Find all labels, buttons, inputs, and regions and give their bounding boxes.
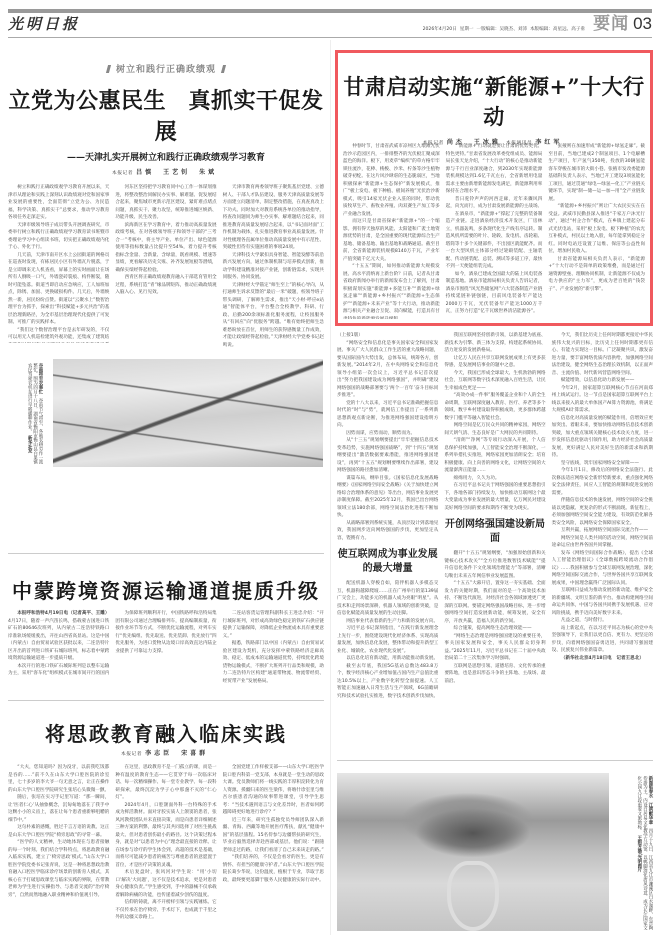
- paragraph: 因势而谋，应势而动，顺势而为。: [337, 430, 438, 438]
- photo-farm: 谷雨将至农事忙 谷雨节气将至，各地农耕劳作一派繁忙。图为四月十八日，湖南省衡阳市…: [8, 359, 324, 472]
- article-body: 仲春时节，甘肃省武威市凉州区九墩滩光伏治沙示范园区内，一排排整齐的光伏板汇聚成深…: [343, 143, 645, 319]
- caption-title: 谷雨将至农事忙: [38, 363, 43, 394]
- paragraph: 伴随信息技术的快速发展，网络空间的安全挑战以更隐蔽、更复杂的形式不断涌现。新征程…: [552, 497, 653, 527]
- kicker: 树立和践行正确政绩观: [8, 62, 324, 75]
- headline-mengzhong: 中蒙跨境资源运输通道提质升级: [8, 575, 324, 604]
- paragraph: 为保障班列顺利开行，中国铁路呼和浩特局集团有限公司通过合理编排列车，提高编制质量…: [115, 610, 216, 655]
- paragraph: 网信事业代表着新的生产力和新的发展方向。: [337, 618, 438, 626]
- section-title: 要闻: [593, 9, 629, 34]
- paragraph: 如今，酒泉已建成全国最大的陆上风电装备制造基地。酒泉市能源局相关负责人告诉记者，…: [446, 271, 543, 316]
- paragraph: 甘肃省能源局相关负责人表示，“新能源+”十大行动不是简单的政策堆叠，而是通过打通…: [548, 256, 645, 294]
- paragraph: 本报呼和浩特4月19日电（记者高平、王雕）4月17日，随着一声汽笛长鸣，搭载蒙古…: [8, 610, 109, 663]
- paragraph: “大夫，您知道吗？因为没牙，以前我吃饭都是吞的……”前不久在山东大学口腔医院的诊…: [8, 764, 109, 794]
- paragraph: 让亿万人民在共享互联网发展成果上有更多获得感，是发展网信事业的题中之意。: [444, 355, 545, 370]
- paragraph: 本次开行的进口铁矿石城际班列是以整车运输为主，采用“客车化”组织模式在城市间开行…: [8, 663, 109, 678]
- photo-jiangxi: 新阁临春水 江滨献华章 四月十九日，江西省九江市濂溪区白水湖畔，东晋陶侍唐为主，…: [337, 770, 653, 932]
- paragraph: 天津科技大学紧扣具身智能、智能发酵等前沿新兴发展方向，通过体制机制与培养模式创新…: [223, 252, 324, 282]
- paragraph: “医学的人文精神，生动地体现在与患者接触的每一个时刻。我们结合学科特点，将思政教…: [8, 839, 109, 899]
- paragraph: 近三年来，研究生孤独党员导师团队深入新疆、青海、西藏等地开展医疗帮扶，献礼“健康…: [223, 817, 324, 855]
- kicker-bar-icon: [106, 65, 111, 73]
- paragraph: “十五五”大幕开启，置身这一夯实基础、全面发力的关键时期，我们面对的是一个高效技…: [444, 580, 545, 625]
- paragraph: “网络安全和信息化是事关国家安全和国家发展、事关广大人民群众工作生活的重大战略问…: [337, 340, 438, 400]
- paragraph: 在这里，思政教育不是一门孤立的课，而是一种有温度的教育生态——它贯穿于每一次临床…: [115, 764, 216, 802]
- paragraph: 综合施策，提高网络生态治理效能——: [444, 625, 545, 633]
- byline: 本报记者李志臣 宋喜群: [8, 748, 324, 757]
- paragraph: 滨海新区在学习教育中，着力推动高质量发展政绩考核，在对各级领导班子和领导干部的“…: [115, 222, 216, 275]
- paragraph: “十五五”期间，如何推动新能源大规模发展、高水平消纳再上新台阶？日前，记者从甘肃…: [343, 263, 440, 319]
- paragraph: 张掖则在加速形成“新能源+绿氢走廊”。截至目前，当地已建成2个制氢项目、1个电解…: [548, 143, 645, 203]
- paragraph: 我国互联网坚持创新引领，以新基建为底座、新技术为引擎、新三体为支撑，构建起系统协…: [444, 332, 545, 355]
- paragraph: 坚守底线，筑牢国家网络安全屏障——: [552, 460, 653, 468]
- paragraph: 仲春时节，甘肃省武威市凉州区九墩滩光伏治沙示范园区内，一排排整齐的光伏板汇聚成深…: [343, 143, 440, 218]
- paragraph: 互联网是思想引领、道德培育、文化传承的重要阵地，也是意识形态斗争的主阵地、主战场…: [444, 663, 545, 686]
- section-divider: [337, 760, 653, 761]
- article-tianjin: 树立和践行正确政绩观 立党为公惠民生 真抓实干促发展 ——天津扎实开展树立和践行…: [8, 40, 324, 349]
- article-network: （上接1版） “网络安全和信息化是事关国家安全和国家发展、事关广大人民群众工作生…: [337, 332, 653, 754]
- paragraph: 发布《网络空间国际合作战略》，提出《全球人工智能治理倡议》《全球数据跨境流动合作…: [552, 550, 653, 588]
- masthead-rule: [8, 37, 652, 38]
- paragraph: 天津财经大学锚定“师生至上”的核心导向，从打通师生诉求反馈的“最后一米”破题，校…: [223, 282, 324, 350]
- issue-date: 2026年4月20日: [423, 27, 457, 32]
- page-number: 03: [633, 14, 652, 34]
- paragraph: 信仰的铸就，离不开榜样引领与实践锤炼。它不仅传承在治疗椅旁、手术灯下，也成就于千…: [115, 899, 216, 922]
- paragraph: 今天，我们比历史上任何时期都更接近中华民族伟大复兴的目标，比历史上任何时期都更有…: [552, 332, 653, 377]
- paragraph: 互利共赢，拓展网络空间国际交流合作——: [552, 527, 653, 535]
- paragraph: 在酒泉市，“新能源+”撑起了完整的装备制造产业链。走进酒泉经济技术开发区，厂房林…: [446, 211, 543, 271]
- paragraph: 全国党建工作样板支部——山东大学口腔医学院口腔内科第一党支部，本身就是一堂生动的…: [223, 764, 324, 817]
- byline-names: 李志臣 宋喜群: [145, 750, 208, 757]
- paragraph: 今年1月1日，修改后的网络安全法施行。此次修法适应网络安全新形势新要求，重点强化…: [552, 467, 653, 497]
- paragraph: 河东区坚持把学习教育同中心工作一体谋划推进，将整改整治同解民办实事、解难题、促发…: [115, 184, 216, 222]
- sign-off: （新华社北京4月18日电 记者王思北）: [552, 655, 653, 663]
- page-editors: 本版编辑：高星远、高子垂: [530, 27, 585, 32]
- paragraph: “网络生态治理是网络强国建设的重要任务，事关国家发展和安全，事关人民群众切身利益…: [444, 633, 545, 663]
- byline: 本报记者吕慎 王艺钊 朱斌: [8, 167, 324, 176]
- paragraph: 据悉，铁路部门以中国（内蒙古）自由贸易试验区建设为契机，充分发挥中蒙铁路经济走廊…: [223, 640, 324, 685]
- paragraph: 今天，我国已形成全球最大、生机勃勃的网络社会，互联网等数字技术深度融入百姓生活，…: [444, 370, 545, 393]
- paragraph: 2024年4月，口腔颌面外科一台特殊的手术成为鲜活教材。面对牙胶实质人上颌窦的患…: [115, 802, 216, 870]
- paragraph: 配送机器人穿梭自如，陪伴机器人多模态交互，机器狗越障爬坡……正在广州举行的第13…: [337, 580, 438, 618]
- paragraph: “清朗”“净网”等专项行动深入开展，个人信息保护持续加强，人工智能安全治理不断深…: [444, 437, 545, 475]
- paragraph: 站上新起点，在以习近平同志为核心的党中央坚强领导下，让我们以更自信、更有力、更坚…: [552, 625, 653, 655]
- kicker-text: 树立和践行正确政绩观: [116, 65, 216, 75]
- kicker-bar-icon: [221, 65, 226, 73]
- paragraph: 今年2月，国家超算互联网核心节点在河南郑州上线试运行。这一节点是国家超算互联网平…: [552, 385, 653, 415]
- paragraph: 凡益之道，与时偕行。: [552, 617, 653, 625]
- dateline: 本报呼和浩特4月19日电（记者高平、王雕）: [17, 611, 109, 616]
- paragraph: 术后复盘时，张风河对学生说：“用‘小切口’解决‘大问题’，这不仅是技术追求，更是…: [115, 869, 216, 899]
- farm-field-image: [53, 359, 323, 467]
- article-body: 树立和践行正确政绩观学习教育开展以来，天津市从理论和实践上深刻认识政绩观对党和国…: [8, 184, 324, 349]
- paragraph: “新能源+乡村振兴”则让广大农民实实在在受益。武威市民勤县深入推进“千家万户沐光…: [548, 203, 645, 256]
- bridge-shape: [447, 861, 499, 931]
- paragraph: 赋能增效，以信息化助力新发展——: [552, 377, 653, 385]
- paragraph: “‘新能源+’行动就是要让甘肃的优势更优、特色更特。”甘肃省发展改革委党组成员、…: [446, 143, 543, 196]
- paragraph: 随后，张培在实习手记里写道：“那一瞬间，让‘医者仁心’从抽象概念，沉甸甸地落在了…: [8, 794, 109, 824]
- subheadline: ——天津扎实开展树立和践行正确政绩观学习教育: [8, 150, 324, 163]
- paragraph: 党的十八大以来，习近平总书记准确把握信息时代的“时”与“势”，就网信工作提出了一…: [337, 400, 438, 430]
- pavilion-lake-image: [337, 773, 609, 931]
- section-divider: [8, 553, 324, 554]
- paragraph: 互联网日益成为推动发展的新动能、维护安全的新疆域、文明互鉴的新平台。推动构建网络…: [552, 587, 653, 617]
- paragraph: 西青区将正确政绩观教育融入干部选育管用全过程，系统打造“青”缘品牌矩阵，推动正确…: [115, 274, 216, 297]
- article-sizheng: “大夫，您知道吗？因为没牙，以前我吃饭都是吞的……”前不久在山东大学口腔医院的诊…: [8, 764, 324, 936]
- photo-credit: 新华社发: [27, 436, 32, 454]
- headline-sizheng: 将思政教育融入临床实践: [8, 718, 324, 747]
- subheading: 开创网络强国建设新局面: [444, 518, 545, 546]
- paragraph: 网络空间是亿万民众共同的精神家园，网络空间天朗气清、生态良好是广大网民的共同期待…: [444, 422, 545, 437]
- paragraph: “我们这个数智治理平台是去年研发的，不仅可以用无人机巡检建筑外观功能，还集成了建…: [8, 327, 109, 343]
- section-divider: [8, 700, 324, 701]
- photo-caption: 谷雨将至农事忙 谷雨节气将至，各地农耕劳作一派繁忙。图为四月十八日，湖南省衡阳市…: [8, 359, 45, 472]
- paragraph: 绵绵用力，久久为功。: [444, 475, 545, 483]
- paragraph: 以信息化培育新动能，用新动能推动新发展。: [337, 655, 438, 663]
- paragraph: 天津市教育两委领导班子聚焦基层党建、立德树人、干部人才队伍建设、服务天津高质量发…: [223, 184, 324, 252]
- subheading: 使互联网成为事业发展的最大增量: [337, 548, 438, 576]
- paragraph: 而这只是甘肃省探索“新能源+”的一个缩影。拥有得天独厚的风能、太阳能和广袤土地资…: [343, 218, 440, 263]
- paragraph: 昔日驼铃声声的河西走廊，近年来骤风四起，向光而行，成为甘肃发展新能源的主战场。: [446, 196, 543, 211]
- paragraph: “我们培养的，不仅是会看牙的医生，更是有情怀、有担当的健康守护者。”山东大学口腔…: [223, 854, 324, 884]
- article-gansu-frame: 甘肃启动实施“新能源+”十大行动 本报记者尚杰 王冰雅 本报通讯员李红军 仲春时…: [335, 50, 653, 326]
- continued-from: （上接1版）: [337, 332, 438, 340]
- paragraph: “高效办成一件事”服务覆盖企业和个人的全生命周期，互联网深度融入教育、医疗、养老…: [444, 392, 545, 422]
- paragraph: 习近平总书记深刻指出，“在践行新发展理念上先行一步，围绕建设现代化经济体系、实现…: [337, 625, 438, 655]
- paragraph: 网络空间是人类共同的活动空间，网络空间前途命运应由世界各国共同掌握。: [552, 535, 653, 550]
- headline: 立党为公惠民生 真抓实干促发展: [8, 84, 324, 146]
- photo-credit: 王韵芳摄/光明图片: [637, 835, 642, 872]
- paragraph: 从“十三五”规划纲要提出“牢牢把握信息技术变革趋势，实施网络强国战略”，到“十四…: [337, 437, 438, 475]
- photo-caption: 新阁临春水 江滨献华章 四月十九日，江西省九江市濂溪区白水湖畔，东晋陶侍唐为主，…: [617, 776, 653, 932]
- paragraph: 在习近平总书记关于网络强国的重要思想指引下，各地各部门持续发力，加快推动互联网这…: [444, 482, 545, 512]
- column-divider: [330, 40, 331, 935]
- paragraph: 几天前，天津市南开区水上公园街道的网格员在巡查时发现，有栋居民小区有外墙瓦片脱落…: [8, 252, 109, 327]
- front-page-editors: 一版编辑：吴晓杰、刘沛: [476, 27, 527, 32]
- issue-weekday: 星期一: [460, 27, 474, 32]
- caption-title: 新阁临春水 江滨献华章: [648, 776, 653, 824]
- paragraph: 谋篇布局，纲举目张。《国家信息化发展战略纲要》《国家网络空间安全战略》《关于加快…: [337, 475, 438, 520]
- paragraph: 翻开“十五五”规划纲要，“加强原始创新和关键核心技术攻关”“全方位推进数智技术赋…: [444, 550, 545, 580]
- masthead-meta: 2026年4月20日 星期一 一版编辑：吴晓杰、刘沛 本版编辑：高星远、高子垂: [158, 26, 593, 34]
- paragraph: 从战略部署到系统实施，从顶层设计到落地见效，我国网步迈向网络强国的步伐，更加坚定…: [337, 520, 438, 543]
- paragraph: 这句朴素的感慨，胜过千言万语的说教。这正是山东大学口腔医学院“椅旁思政”的寻常一…: [8, 824, 109, 839]
- paragraph-text: 4月17日，随着一声汽笛长鸣，搭载蒙古国进口铁矿石的80646次班列，从内蒙古二…: [8, 619, 109, 662]
- byline-label: 本报记者: [112, 171, 133, 176]
- article-mengzhong: 本报呼和浩特4月19日电（记者高平、王雕）4月17日，随着一声汽笛长鸣，搭载蒙古…: [8, 610, 324, 685]
- newspaper-logo: 光明日报: [8, 13, 158, 34]
- paragraph: 二连站客货运管理科副科长王进忠介绍：“开行城际班列，对形成高效绿色稳定的铁矿石供…: [223, 610, 324, 640]
- byline-names: 吕慎 王艺钊 朱斌: [136, 169, 217, 176]
- paragraph: 天津市级领导班子成员带头开展调查研究，市委举行树立和践行正确政绩观学习教育读书班…: [8, 222, 109, 252]
- paragraph: 树立和践行正确政绩观学习教育开展以来，天津市从理论和实践上深刻认识政绩观对党和国…: [8, 184, 109, 222]
- paragraph: 信息化对高质量发展的赋能作用，倍增效应更加突出。着眼未来，要加快推动网络信息技术…: [552, 415, 653, 460]
- headline-gansu: 甘肃启动实施“新能源+”十大行动: [338, 71, 650, 131]
- masthead: 光明日报 2026年4月20日 星期一 一版编辑：吴晓杰、刘沛 本版编辑：高星远…: [8, 16, 652, 34]
- paragraph: 截至去年底，我国5G基站总数达483.8万个，数字经济核心产业增加值占国内生产总…: [337, 663, 438, 701]
- byline-label: 本报记者: [121, 752, 142, 757]
